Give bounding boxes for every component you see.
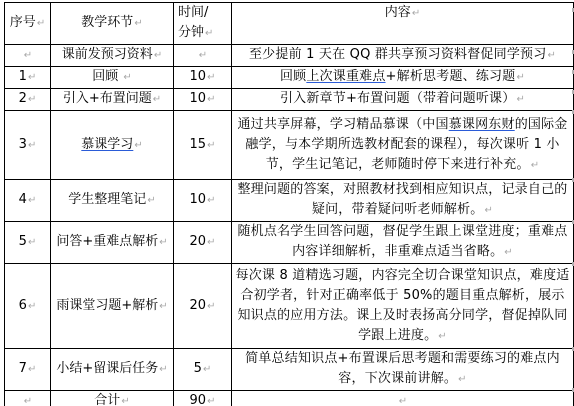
cell-time[interactable]: 10↵ [174, 180, 232, 222]
paragraph-mark-icon: ↵ [438, 331, 447, 342]
paragraph-mark-icon: ↵ [134, 18, 142, 29]
cell-time[interactable]: 20↵ [174, 264, 232, 349]
cell-content[interactable]: ↵ [232, 391, 574, 406]
paragraph-mark-icon: ↵ [28, 237, 36, 248]
header-row: 序号↵ 教学环节↵ 时间/ 分钟↵ 内容↵ [5, 3, 574, 45]
paragraph-mark-icon: ↵ [203, 364, 211, 375]
cell-time[interactable]: ↵ [174, 45, 232, 67]
cell-stage[interactable]: 回顾 ↵ [51, 67, 174, 89]
cell-stage[interactable]: 课前发预习资料↵ [51, 45, 174, 67]
spellcheck-underlined-text: 慕课学习 [81, 137, 133, 152]
paragraph-mark-icon: ↵ [207, 94, 215, 105]
cell-content[interactable]: 随机点名学生回答问题，督促学生跟上课堂进度；重难点内容详细解析，非重难点适当省略… [232, 222, 574, 264]
cell-stage[interactable]: 学生整理笔记↵ [51, 180, 174, 222]
paragraph-mark-icon: ↵ [28, 364, 36, 375]
paragraph-mark-icon: ↵ [28, 72, 36, 83]
header-time[interactable]: 时间/ 分钟↵ [174, 3, 232, 45]
cell-content[interactable]: 整理问题的答案，对照教材找到相应知识点，记录自己的疑问，带着疑问听老师解析。↵ [232, 180, 574, 222]
paragraph-mark-icon: ↵ [207, 140, 215, 151]
table-row: 2↵ 引入+布置问题↵ 10↵ 引入新章节+布置问题（带着问题听课）↵ [5, 89, 574, 111]
paragraph-mark-icon: ↵ [159, 364, 167, 375]
cell-time[interactable]: 20↵ [174, 222, 232, 264]
paragraph-mark-icon: ↵ [28, 94, 36, 105]
paragraph-mark-icon: ↵ [153, 94, 161, 105]
paragraph-mark-icon: ↵ [516, 94, 525, 105]
cell-stage[interactable]: 合计↵ [51, 391, 174, 406]
cell-no[interactable]: ↵ [5, 391, 51, 406]
paragraph-mark-icon: ↵ [134, 140, 142, 151]
paragraph-mark-icon: ↵ [207, 396, 215, 406]
paragraph-mark-icon: ↵ [207, 237, 215, 248]
cell-content[interactable]: 引入新章节+布置问题（带着问题听课）↵ [232, 89, 574, 111]
cell-time[interactable]: 5↵ [174, 349, 232, 391]
cell-no[interactable]: ↵ [5, 45, 51, 67]
header-no[interactable]: 序号↵ [5, 3, 51, 45]
paragraph-mark-icon: ↵ [205, 28, 213, 39]
cell-stage[interactable]: 雨课堂习题+解析↵ [51, 264, 174, 349]
header-content[interactable]: 内容↵ [232, 3, 574, 45]
spellcheck-underlined-text: 慕课网东财 [449, 117, 515, 132]
cell-no[interactable]: 7↵ [5, 349, 51, 391]
cell-time[interactable]: 15↵ [174, 111, 232, 180]
table-row: 3↵ 慕课学习↵ 15↵ 通过共享屏幕，学习精品慕课（中国慕课网东财的国际金融学… [5, 111, 574, 180]
paragraph-mark-icon: ↵ [28, 195, 36, 206]
table-row: 7↵ 小结+留课后任务↵ 5↵ 简单总结知识点+布置课后思考题和需要练习的难点内… [5, 349, 574, 391]
paragraph-mark-icon: ↵ [199, 50, 207, 61]
paragraph-mark-icon: ↵ [159, 237, 167, 248]
cell-stage[interactable]: 小结+留课后任务↵ [51, 349, 174, 391]
cell-content[interactable]: 每次课 8 道精选习题，内容完全切合课堂知识点，难度适合初学者，针对正确率低于 … [232, 264, 574, 349]
paragraph-mark-icon: ↵ [37, 18, 45, 29]
cell-content[interactable]: 通过共享屏幕，学习精品慕课（中国慕课网东财的国际金融学，与本学期所选教材配套的课… [232, 111, 574, 180]
paragraph-mark-icon: ↵ [159, 301, 167, 312]
paragraph-mark-icon: ↵ [121, 396, 129, 406]
paragraph-mark-icon: ↵ [207, 72, 215, 83]
paragraph-mark-icon: ↵ [123, 72, 131, 83]
table-row: 4↵ 学生整理笔记↵ 10↵ 整理问题的答案，对照教材找到相应知识点，记录自己的… [5, 180, 574, 222]
paragraph-mark-icon: ↵ [458, 374, 467, 385]
paragraph-mark-icon: ↵ [399, 396, 408, 406]
cell-no[interactable]: 5↵ [5, 222, 51, 264]
paragraph-mark-icon: ↵ [547, 50, 556, 61]
table-row: 6↵ 雨课堂习题+解析↵ 20↵ 每次课 8 道精选习题，内容完全切合课堂知识点… [5, 264, 574, 349]
cell-content[interactable]: 回顾上次课重难点+解析思考题、练习题↵ [232, 67, 574, 89]
paragraph-mark-icon: ↵ [412, 8, 420, 19]
paragraph-mark-icon: ↵ [24, 50, 32, 61]
header-stage[interactable]: 教学环节↵ [51, 3, 174, 45]
table-row: ↵ 课前发预习资料↵ ↵ 至少提前 1 天在 QQ 群共享预习资料督促同学预习↵ [5, 45, 574, 67]
cell-time[interactable]: 90↵ [174, 391, 232, 406]
paragraph-mark-icon: ↵ [28, 301, 36, 312]
cell-content[interactable]: 至少提前 1 天在 QQ 群共享预习资料督促同学预习↵ [232, 45, 574, 67]
cell-content[interactable]: 简单总结知识点+布置课后思考题和需要练习的难点内容，下次课前讲解。↵ [232, 349, 574, 391]
lesson-plan-table: 序号↵ 教学环节↵ 时间/ 分钟↵ 内容↵ ↵ 课前发预习资料↵ ↵ 至少提前 … [4, 2, 574, 406]
paragraph-mark-icon: ↵ [504, 247, 513, 258]
cell-time[interactable]: 10↵ [174, 67, 232, 89]
cell-stage[interactable]: 引入+布置问题↵ [51, 89, 174, 111]
paragraph-mark-icon: ↵ [154, 50, 162, 61]
table-row: 5↵ 问答+重难点解析↵ 20↵ 随机点名学生回答问题，督促学生跟上课堂进度；重… [5, 222, 574, 264]
cell-no[interactable]: 3↵ [5, 111, 51, 180]
cell-stage[interactable]: 问答+重难点解析↵ [51, 222, 174, 264]
paragraph-mark-icon: ↵ [207, 301, 215, 312]
cell-no[interactable]: 4↵ [5, 180, 51, 222]
cell-time[interactable]: 10↵ [174, 89, 232, 111]
total-row: ↵ 合计↵ 90↵ ↵ [5, 391, 574, 406]
cell-no[interactable]: 1↵ [5, 67, 51, 89]
paragraph-mark-icon: ↵ [531, 160, 540, 171]
paragraph-mark-icon: ↵ [207, 195, 215, 206]
paragraph-mark-icon: ↵ [147, 195, 155, 206]
spellcheck-underlined-text: 上次课重难点 [306, 69, 385, 84]
paragraph-mark-icon: ↵ [485, 205, 494, 216]
cell-stage[interactable]: 慕课学习↵ [51, 111, 174, 180]
paragraph-mark-icon: ↵ [24, 396, 32, 406]
cell-no[interactable]: 6↵ [5, 264, 51, 349]
table-row: 1↵ 回顾 ↵ 10↵ 回顾上次课重难点+解析思考题、练习题↵ [5, 67, 574, 89]
paragraph-mark-icon: ↵ [28, 140, 36, 151]
paragraph-mark-icon: ↵ [516, 72, 525, 83]
cell-no[interactable]: 2↵ [5, 89, 51, 111]
